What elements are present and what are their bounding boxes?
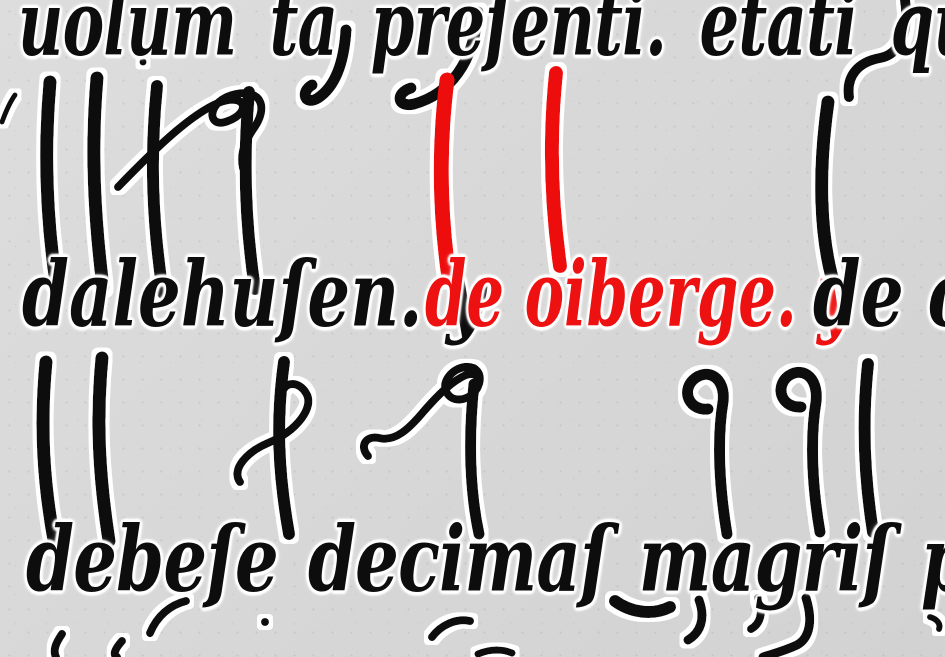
- line2-rubric-red-text: de oiberge. y: [425, 245, 852, 344]
- partial-letter-tip: [478, 650, 512, 654]
- line2-black-text-left: dalehuſen. y: [22, 245, 485, 344]
- edge-mark: [2, 95, 15, 122]
- manuscript-line-2: dalehuſen. y de oiberge. y de o: [0, 245, 945, 375]
- ink-speck: [261, 618, 269, 626]
- partial-letter-tip: [930, 617, 940, 629]
- partial-letter-tip: [432, 620, 470, 637]
- red-ascender-stroke: [552, 73, 560, 266]
- partial-letter-tip: [115, 641, 122, 657]
- double-loop-flourish: [364, 367, 480, 456]
- manuscript-scan-page: uolum ta preſenti. etati qua ſe dalehuſe…: [0, 0, 945, 657]
- manuscript-line-3: debeſe decimaſ magriſ pſolue: [26, 510, 945, 609]
- line2-black-text-right: de o: [813, 245, 945, 344]
- clef-flourish: [237, 384, 308, 482]
- manuscript-line-1: uolum ta preſenti. etati qua ſe: [18, 0, 945, 73]
